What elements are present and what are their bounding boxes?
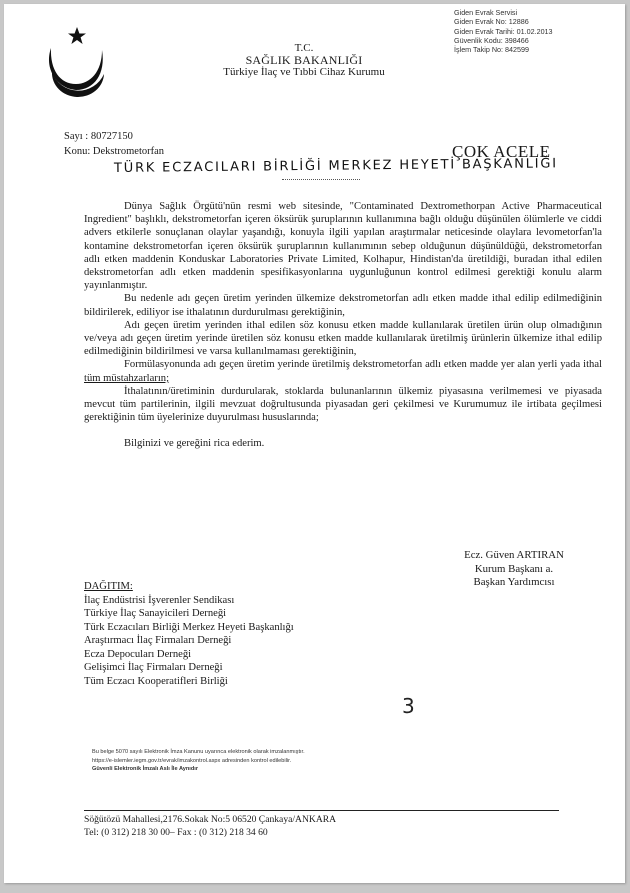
signature-block: Ecz. Güven ARTIRAN Kurum Başkanı a. Başk… [424, 549, 604, 590]
document-number: Sayı : 80727150 [64, 129, 164, 144]
footer-address: Söğütözü Mahallesi,2176.Sokak No:5 06520… [84, 814, 336, 827]
distribution-list: DAĞITIM: İlaç Endüstrisi İşverenler Send… [84, 580, 294, 688]
document-subject: Konu: Dekstrometorfan [64, 144, 164, 159]
distribution-item: Tüm Eczacı Kooperatifleri Birliği [84, 675, 294, 689]
handwritten-recipient: TÜRK ECZACILARI BİRLİĞİ MERKEZ HEYETİ BA… [114, 156, 558, 176]
tracking-line: Giden Evrak No: 12886 [454, 17, 553, 26]
distribution-item: Türk Eczacıları Birliği Merkez Heyeti Ba… [84, 621, 294, 635]
body-paragraph: Adı geçen üretim yerinden ithal edilen s… [84, 319, 602, 359]
distribution-item: İlaç Endüstrisi İşverenler Sendikası [84, 594, 294, 608]
tracking-line: Giden Evrak Servisi [454, 8, 553, 17]
esign-line-bold: Güvenli Elektronik İmzalı Aslı İle Aynıd… [92, 765, 305, 774]
letter-body: Dünya Sağlık Örgütü'nün resmi web sitesi… [84, 200, 602, 451]
body-paragraph: Bu nedenle adı geçen üretim yerinden ülk… [84, 292, 602, 318]
footer: Söğütözü Mahallesi,2176.Sokak No:5 06520… [84, 814, 336, 839]
signatory-title: Kurum Başkanı a. [424, 563, 604, 577]
handwritten-number: 3 [402, 694, 415, 718]
dotted-underline [282, 179, 360, 180]
esignature-note: Bu belge 5070 sayılı Elektronik İmza Kan… [92, 748, 305, 774]
ministry-header: T.C. SAĞLIK BAKANLIĞI Türkiye İlaç ve Tı… [184, 42, 424, 78]
distribution-item: Gelişimci İlaç Firmaları Derneği [84, 661, 294, 675]
footer-contact: Tel: (0 312) 218 30 00– Fax : (0 312) 21… [84, 827, 336, 840]
signatory-name: Ecz. Güven ARTIRAN [424, 549, 604, 563]
closing-line: Bilginizi ve gereğini rica ederim. [84, 437, 602, 450]
esign-line: Bu belge 5070 sayılı Elektronik İmza Kan… [92, 748, 305, 757]
distribution-heading: DAĞITIM: [84, 580, 294, 594]
esign-verify-link[interactable]: https://e-islemler.iegm.gov.tr/evrak/imz… [92, 757, 305, 766]
distribution-item: Türkiye İlaç Sanayicileri Derneği [84, 607, 294, 621]
header-agency: Türkiye İlaç ve Tıbbi Cihaz Kurumu [184, 66, 424, 78]
body-paragraph-formulation: Formülasyonunda adı geçen üretim yerinde… [84, 358, 602, 384]
tracking-line: Güvenlik Kodu: 398466 [454, 36, 553, 45]
footer-divider [84, 810, 559, 811]
signatory-title: Başkan Yardımcısı [424, 576, 604, 590]
formulation-underlined: tüm müstahzarların; [84, 373, 169, 384]
body-paragraph-recall: İthalatının/üretiminin durdurularak, sto… [84, 385, 602, 425]
crescent-star-icon [42, 24, 112, 104]
body-paragraph: Dünya Sağlık Örgütü'nün resmi web sitesi… [84, 200, 602, 292]
document-page: T.C. SAĞLIK BAKANLIĞI Türkiye İlaç ve Tı… [4, 4, 625, 883]
tracking-info: Giden Evrak Servisi Giden Evrak No: 1288… [454, 8, 553, 54]
formulation-text: Formülasyonunda adı geçen üretim yerinde… [124, 359, 602, 370]
tracking-line: Giden Evrak Tarihi: 01.02.2013 [454, 27, 553, 36]
tracking-line: İşlem Takip No: 842599 [454, 45, 553, 54]
header-ministry: SAĞLIK BAKANLIĞI [184, 54, 424, 66]
distribution-item: Ecza Depocuları Derneği [84, 648, 294, 662]
document-meta: Sayı : 80727150 Konu: Dekstrometorfan [64, 129, 164, 159]
distribution-item: Araştırmacı İlaç Firmaları Derneği [84, 634, 294, 648]
